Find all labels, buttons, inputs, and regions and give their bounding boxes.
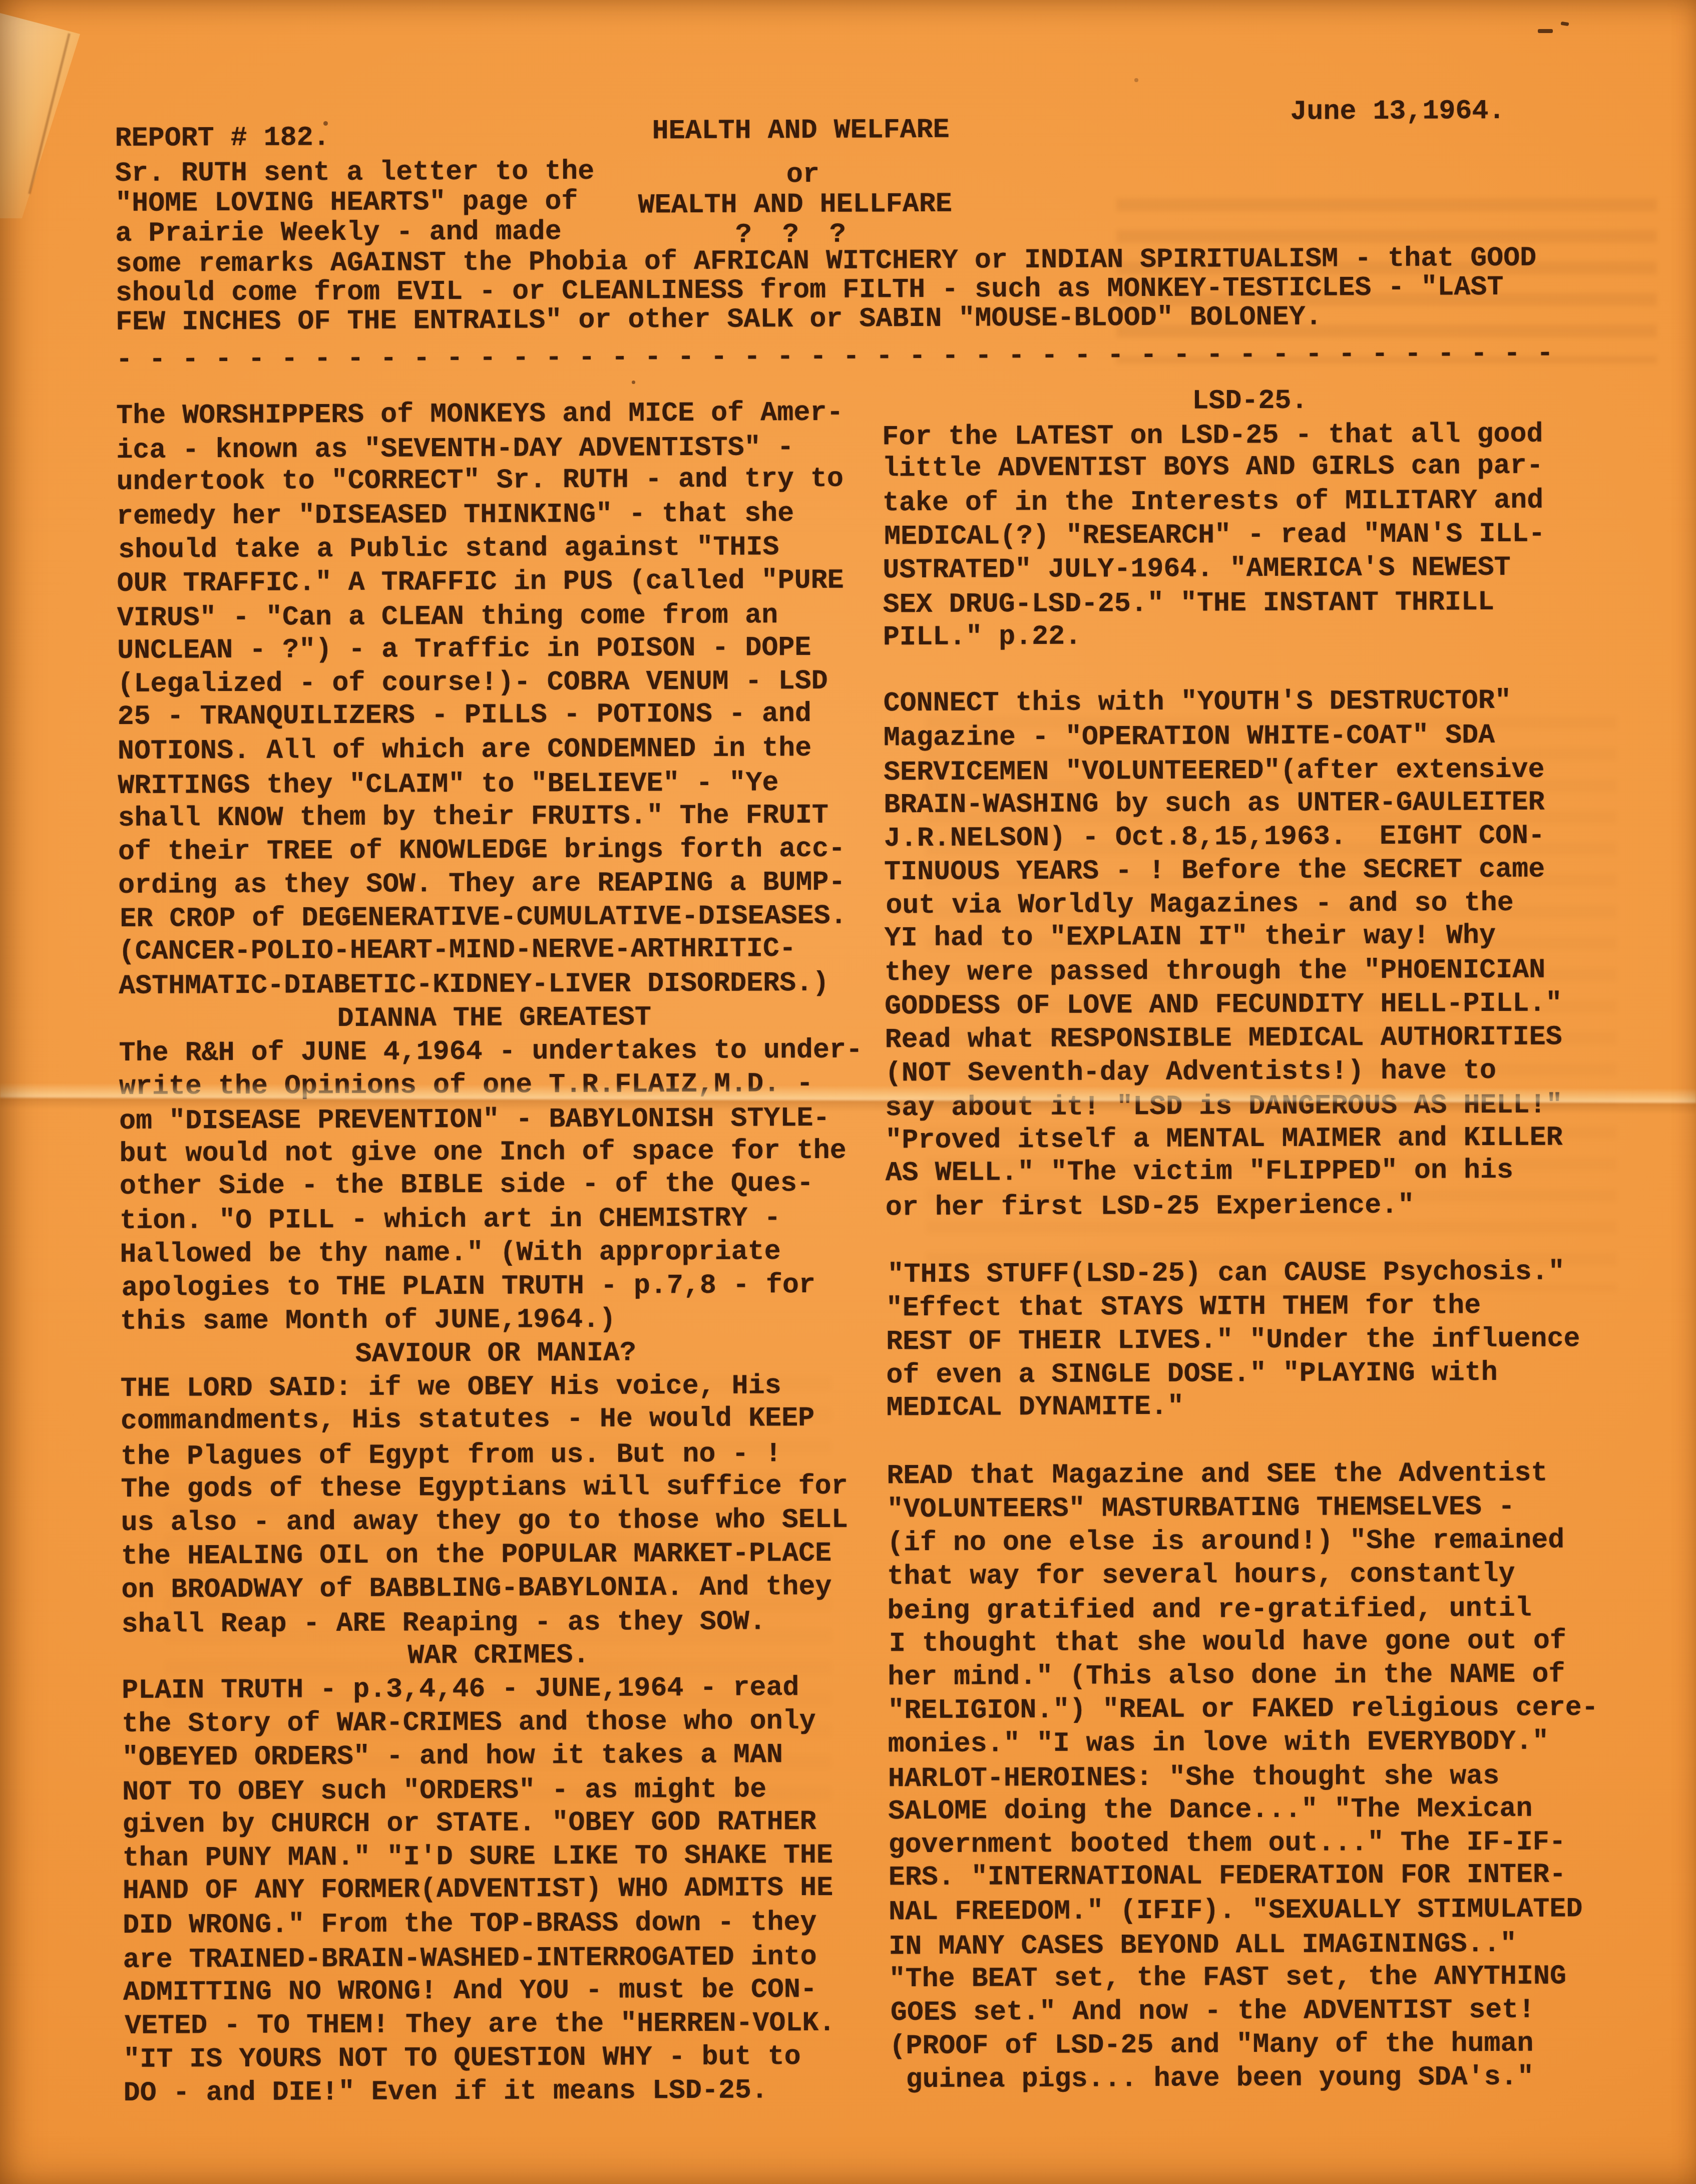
text-line: ADMITTING NO WRONG! And YOU - must be CO… xyxy=(123,1972,874,2009)
typewritten-content: REPORT # 182. HEALTH AND WELFARE or WEAL… xyxy=(0,0,1696,2184)
text-line: PILL." p.22. xyxy=(883,617,1619,654)
text-line: apologies to THE PLAIN TRUTH - p.7,8 - f… xyxy=(122,1268,873,1305)
text-line: (if no one else is around!) "She remaine… xyxy=(887,1523,1623,1560)
text-line: ica - known as "SEVENTH-DAY ADVENTISTS" … xyxy=(116,430,867,467)
text-line: NOT TO OBEY such "ORDERS" - as might be xyxy=(122,1772,873,1809)
text-line: HARLOT-HEROINES: "She thought she was xyxy=(888,1759,1624,1795)
text-line: monies." "I was in love with EVERYBODY." xyxy=(888,1724,1624,1761)
text-line: VETED - TO THEM! They are the "HERREN-VO… xyxy=(125,2006,876,2043)
text-line: undertook to "CORRECT" Sr. RUTH - and tr… xyxy=(117,462,868,499)
text-line: GODDESS OF LOVE AND FECUNDITY HELL-PILL.… xyxy=(885,986,1620,1023)
text-line: VIRUS" - "Can a CLEAN thing come from an xyxy=(117,598,868,635)
text-line: Magazine - "OPERATION WHITE-COAT" SDA xyxy=(884,718,1619,755)
text-line: OUR TRAFFIC." A TRAFFIC in PUS (called "… xyxy=(117,563,868,600)
text-line: AS WELL." "The victim "FLIPPED" on his xyxy=(886,1153,1621,1190)
text-line: are TRAINED-BRAIN-WASHED-INTERROGATED in… xyxy=(123,1940,874,1977)
text-line: (Legalized - of course!)- COBRA VENUM - … xyxy=(117,664,868,701)
text-line: little ADVENTIST BOYS AND GIRLS can par- xyxy=(882,449,1618,485)
text-line: SALOME doing the Dance..." "The Mexican xyxy=(888,1791,1624,1828)
text-line: Hallowed be thy name." (With appropriate xyxy=(120,1234,871,1271)
text-line: om "DISEASE PREVENTION" - BABYLONISH STY… xyxy=(119,1101,870,1138)
text-line xyxy=(883,651,1619,687)
ink-speck xyxy=(632,381,635,384)
text-line: should take a Public stand against "THIS xyxy=(118,530,869,567)
text-line: USTRATED" JULY-1964. "AMERICA'S NEWEST xyxy=(883,550,1618,587)
text-line: that way for several hours, constantly xyxy=(887,1557,1623,1593)
text-line: LSD-25. xyxy=(882,383,1618,419)
text-line: the HEALING OIL on the POPULAR MARKET-PL… xyxy=(121,1536,872,1573)
report-number: REPORT # 182. xyxy=(115,122,330,154)
text-line: the Story of WAR-CRIMES and those who on… xyxy=(122,1704,873,1741)
text-line: For the LATEST on LSD-25 - that all good xyxy=(882,417,1618,454)
right-column: LSD-25.For the LATEST on LSD-25 - that a… xyxy=(882,383,1625,2096)
date: June 13,1964. xyxy=(1290,95,1505,128)
text-line: "THIS STUFF(LSD-25) can CAUSE Psychosis.… xyxy=(887,1255,1623,1291)
text-line: should come from EVIL - or CLEANLINESS f… xyxy=(116,272,1617,308)
text-line: DIANNA THE GREATEST xyxy=(119,999,870,1036)
text-line: I thought that she would have gone out o… xyxy=(889,1624,1625,1660)
text-line: her mind." (This also done in the NAME o… xyxy=(888,1657,1623,1694)
text-line: Read what RESPONSIBLE MEDICAL AUTHORITIE… xyxy=(885,1020,1620,1056)
text-line: "OBEYED ORDERS" - and how it takes a MAN xyxy=(122,1737,873,1774)
text-line: (CANCER-POLIO-HEART-MIND-NERVE-ARTHRITIC… xyxy=(119,931,870,968)
text-line: Sr. RUTH sent a letter to the xyxy=(115,155,866,189)
text-line xyxy=(886,1221,1621,1258)
text-line: DID WRONG." From the TOP-BRASS down - th… xyxy=(123,1905,874,1942)
text-line: of even a SINGLE DOSE." "PLAYING with xyxy=(886,1355,1622,1392)
text-line: ER CROP of DEGENERATIVE-CUMULATIVE-DISEA… xyxy=(120,899,871,936)
text-line: "Proved itself a MENTAL MAIMER and KILLE… xyxy=(885,1121,1621,1157)
text-line: "HOME LOVING HEARTS" page of xyxy=(115,185,866,219)
text-line: ording as they SOW. They are REAPING a B… xyxy=(118,865,869,902)
text-line: FEW INCHES OF THE ENTRAILS" or other SAL… xyxy=(116,301,1617,337)
left-column: The WORSHIPPERS of MONKEYS and MICE of A… xyxy=(116,396,875,2110)
text-line: but would not give one Inch of space for… xyxy=(119,1134,870,1171)
text-line xyxy=(887,1423,1622,1460)
text-line: say about it! "LSD is DANGEROUS AS HELL!… xyxy=(885,1088,1621,1125)
text-line: "VOLUNTEERS" MASTURBATING THEMSELVES - xyxy=(887,1490,1623,1526)
text-line: ASTHMATIC-DIABETIC-KIDNEY-LIVER DISORDER… xyxy=(119,966,870,1003)
text-line: BRAIN-WASHING by such as UNTER-GAULEITER xyxy=(884,785,1619,822)
text-line: J.R.NELSON) - Oct.8,15,1963. EIGHT CON- xyxy=(884,819,1620,855)
text-line: or her first LSD-25 Experience." xyxy=(886,1188,1621,1224)
text-line: MEDICAL DYNAMITE." xyxy=(887,1388,1622,1424)
text-line: WRITINGS they "CLAIM" to "BELIEVE" - "Ye xyxy=(118,766,869,803)
text-line: READ that Magazine and SEE the Adventist xyxy=(887,1456,1622,1493)
text-line: WAR CRIMES. xyxy=(123,1637,874,1674)
text-line: on BROADWAY of BABBLING-BABYLONIA. And t… xyxy=(121,1570,872,1607)
text-line: guinea pigs... have been young SDA's." xyxy=(889,2060,1625,2096)
text-line: than PUNY MAN." "I'D SURE LIKE TO SHAKE … xyxy=(123,1838,874,1875)
dashed-separator: - - - - - - - - - - - - - - - - - - - - … xyxy=(116,338,1597,375)
text-line: HAND OF ANY FORMER(ADVENTIST) WHO ADMITS… xyxy=(123,1871,874,1908)
text-line: NOTIONS. All of which are CONDEMNED in t… xyxy=(118,731,869,768)
text-line: the Plagues of Egypt from us. But no - ! xyxy=(121,1436,872,1474)
text-line: ERS. "INTERNATIONAL FEDERATION FOR INTER… xyxy=(889,1858,1624,1894)
text-line: The WORSHIPPERS of MONKEYS and MICE of A… xyxy=(116,396,867,433)
text-line: SERVICEMEN "VOLUNTEERED"(after extensive xyxy=(884,753,1619,789)
scanned-newsletter-page: REPORT # 182. HEALTH AND WELFARE or WEAL… xyxy=(0,0,1696,2184)
text-line: "IT IS YOURS NOT TO QUESTION WHY - but t… xyxy=(123,2039,874,2076)
text-line: UNCLEAN - ?") - a Traffic in POISON - DO… xyxy=(117,630,868,667)
text-line: CONNECT this with "YOUTH'S DESTRUCTOR" xyxy=(883,683,1619,720)
text-line: MEDICAL(?) "RESEARCH" - read "MAN'S ILL- xyxy=(884,517,1620,553)
text-line: shall KNOW them by their FRUITS." The FR… xyxy=(118,798,869,835)
text-line: YI had to "EXPLAIN IT" their way! Why xyxy=(885,918,1620,955)
text-line: NAL FREEDOM." (IFIF). "SEXUALLY STIMULAT… xyxy=(889,1892,1624,1929)
text-line: "RELIGION.") "REAL or FAKED religious ce… xyxy=(888,1691,1623,1727)
text-line: PLAIN TRUTH - p.3,4,46 - JUNE,1964 - rea… xyxy=(122,1670,873,1707)
pen-mark xyxy=(1538,29,1553,33)
text-line: GOES set." And now - the ADVENTIST set! xyxy=(891,1993,1626,2029)
text-line: of their TREE of KNOWLEDGE brings forth … xyxy=(118,832,869,869)
text-line: (PROOF of LSD-25 and "Many of the human xyxy=(889,2026,1625,2063)
text-line: The R&H of JUNE 4,1964 - undertakes to u… xyxy=(119,1033,870,1070)
text-line: government booted them out..." The IF-IF… xyxy=(888,1825,1624,1862)
masthead-title-line-1: HEALTH AND WELFARE xyxy=(652,114,949,147)
text-line: being gratified and re-gratified, until xyxy=(887,1591,1623,1628)
text-line: remedy her "DISEASED THINKING" - that sh… xyxy=(117,496,868,533)
text-line: write the Opinions of one T.R.FLAIZ,M.D.… xyxy=(119,1066,870,1104)
text-line: TINUOUS YEARS - ! Before the SECRET came xyxy=(884,852,1620,889)
text-line: SEX DRUG-LSD-25." "THE INSTANT THRILL xyxy=(883,585,1619,621)
text-line: other Side - the BIBLE side - of the Que… xyxy=(120,1166,871,1203)
text-line: DO - and DIE!" Even if it means LSD-25. xyxy=(124,2073,875,2110)
text-line: out via Worldly Magazines - and so the xyxy=(886,886,1621,922)
text-line: tion. "O PILL - which art in CHEMISTRY - xyxy=(120,1201,871,1238)
text-line: "The BEAT set, the FAST set, the ANYTHIN… xyxy=(889,1959,1625,1996)
text-line: SAVIOUR OR MANIA? xyxy=(120,1335,871,1372)
text-line: REST OF THEIR LIVES." "Under the influen… xyxy=(886,1322,1622,1358)
text-line: us also - and away they go to those who … xyxy=(121,1503,872,1540)
text-line: this same Month of JUNE,1964.) xyxy=(120,1301,871,1338)
text-line: commandments, His statutes - He would KE… xyxy=(121,1401,872,1438)
text-line: "Effect that STAYS WITH THEM for the xyxy=(886,1288,1622,1325)
text-line: (NOT Seventh-day Adventists!) have to xyxy=(885,1053,1621,1090)
text-line: take of in the Interests of MILITARY and xyxy=(883,483,1618,520)
text-line: The gods of these Egyptians will suffice… xyxy=(121,1469,872,1506)
text-line: they were passed through the "PHOENICIAN xyxy=(885,953,1620,989)
text-line: 25 - TRANQUILIZERS - PILLS - POTIONS - a… xyxy=(118,696,869,734)
intro-full-width-block: some remarks AGAINST the Phobia of AFRIC… xyxy=(116,243,1618,337)
text-line: a Prairie Weekly - and made xyxy=(115,215,866,249)
ink-speck xyxy=(1134,78,1138,82)
text-line: shall Reap - ARE Reaping - as they SOW. xyxy=(121,1604,872,1641)
text-line: IN MANY CASES BEYOND ALL IMAGININGS.." xyxy=(889,1927,1624,1963)
ink-speck xyxy=(323,121,328,126)
text-line: THE LORD SAID: if we OBEY His voice, His xyxy=(120,1368,871,1405)
intro-left-block: Sr. RUTH sent a letter to the"HOME LOVIN… xyxy=(115,155,867,249)
text-line: given by CHURCH or STATE. "OBEY GOD RATH… xyxy=(122,1804,873,1842)
